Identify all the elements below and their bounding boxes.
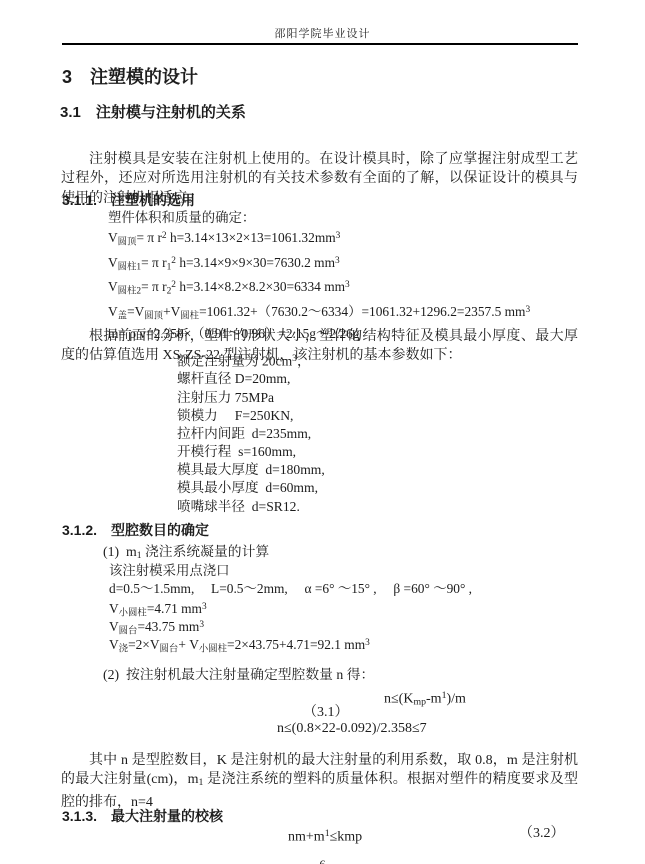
- text-line: V圆顶= π r2 h=3.14×13×2×13=1061.32mm3: [108, 227, 530, 251]
- text-line: V圆柱2= π r22 h=3.14×8.2×8.2×30=6334 mm3: [108, 276, 530, 300]
- text-line: 喷嘴球半径 d=SR12.: [177, 498, 325, 516]
- text-line: V盖=V圆顶+V圆柱=1061.32+（7630.2～6334）=1061.32…: [108, 301, 530, 325]
- subscript: 1: [199, 777, 204, 788]
- gate-dimensions-line: d=0.5～1.5mm, L=0.5～2mm, α =6° ～15° , β =…: [109, 580, 472, 598]
- subscript: 圆台: [160, 644, 179, 654]
- subscript: 圆柱1: [118, 262, 141, 272]
- text-line: 注射压力 75MPa: [177, 389, 325, 407]
- subscript: 圆柱: [180, 311, 199, 321]
- formula-3-2: nm+m1≤kmp: [288, 825, 362, 845]
- section-3-1-3-title: 3.1.3. 最大注射量的校核: [62, 808, 223, 825]
- superscript: 3: [335, 256, 340, 266]
- text-line: V圆柱1= π r12 h=3.14×9×9×30=7630.2 mm3: [108, 252, 530, 276]
- superscript: 2: [171, 256, 176, 266]
- gate-type-line: 该注射模采用点浇口: [109, 562, 230, 580]
- superscript: 1: [442, 690, 447, 701]
- subscript: 小圆柱: [199, 644, 227, 654]
- text-line: 锁模力 F=250KN,: [177, 407, 325, 425]
- cavity-explanation-paragraph: 其中 n 是型腔数目，K 是注射机的最大注射量的利用系数，取 0.8，m 是注射…: [61, 751, 578, 812]
- superscript: 3: [365, 638, 370, 648]
- cavity-item-2: (2) 按注射机最大注射量确定型腔数量 n 得：: [103, 666, 374, 684]
- section-3-1-title: 3.1 注射模与注射机的关系: [60, 103, 246, 122]
- superscript: 3: [336, 231, 341, 241]
- subscript: 浇: [119, 644, 128, 654]
- formula-3-2-number: （3.2）: [519, 825, 565, 842]
- superscript: 3: [202, 602, 207, 612]
- text-line: 模具最小厚度 d=60mm,: [177, 479, 325, 497]
- superscript: 3: [345, 280, 350, 290]
- header-rule: [62, 43, 578, 45]
- text-line: 模具最大厚度 d=180mm,: [177, 461, 325, 479]
- subscript: 1: [137, 550, 142, 561]
- superscript: 2: [171, 280, 176, 290]
- volume-formula-block: 塑件体积和质量的确定：V圆顶= π r2 h=3.14×13×2×13=1061…: [108, 209, 530, 343]
- text-line: 塑件体积和质量的确定：: [108, 209, 530, 227]
- text-line: 螺杆直径 D=20mm,: [177, 370, 325, 388]
- machine-parameter-list: 额定注射量为 20cm3，螺杆直径 D=20mm,注射压力 75MPa锁模力 F…: [177, 350, 325, 516]
- v-runner-line: V浇=2×V圆台+ V小圆柱=2×43.75+4.71=92.1 mm3: [109, 634, 370, 658]
- page-header: 邵阳学院毕业设计: [0, 27, 645, 41]
- page-number: 6: [0, 857, 645, 864]
- superscript: 3: [525, 305, 530, 315]
- text-line: 开模行程 s=160mm,: [177, 443, 325, 461]
- subscript: 圆顶: [118, 237, 137, 247]
- superscript: 2: [162, 231, 167, 241]
- chapter-title: 3 注塑模的设计: [62, 66, 198, 88]
- text-line: 额定注射量为 20cm3，: [177, 350, 325, 370]
- formula-3-1: n≤(Kmp-m1)/m: [384, 687, 466, 711]
- superscript: 3: [199, 620, 204, 630]
- superscript: 3: [292, 354, 297, 364]
- subscript: 盖: [118, 311, 127, 321]
- subscript: 圆顶: [144, 311, 163, 321]
- formula-3-1-calculation: n≤(0.8×22-0.092)/2.358≤7: [277, 720, 427, 737]
- subscript: mp: [413, 697, 426, 708]
- subscript: 圆柱2: [118, 286, 141, 296]
- section-3-1-2-title: 3.1.2. 型腔数目的确定: [62, 522, 209, 539]
- text-line: 拉杆内间距 d=235mm,: [177, 425, 325, 443]
- formula-3-1-number: （3.1）: [303, 704, 349, 721]
- document-page: { "colors": { "ink": "#1c1c1c", "paper":…: [0, 0, 645, 864]
- superscript: 1: [325, 828, 330, 839]
- section-3-1-1-title: 3.1.1. 注塑机的选用: [62, 192, 195, 209]
